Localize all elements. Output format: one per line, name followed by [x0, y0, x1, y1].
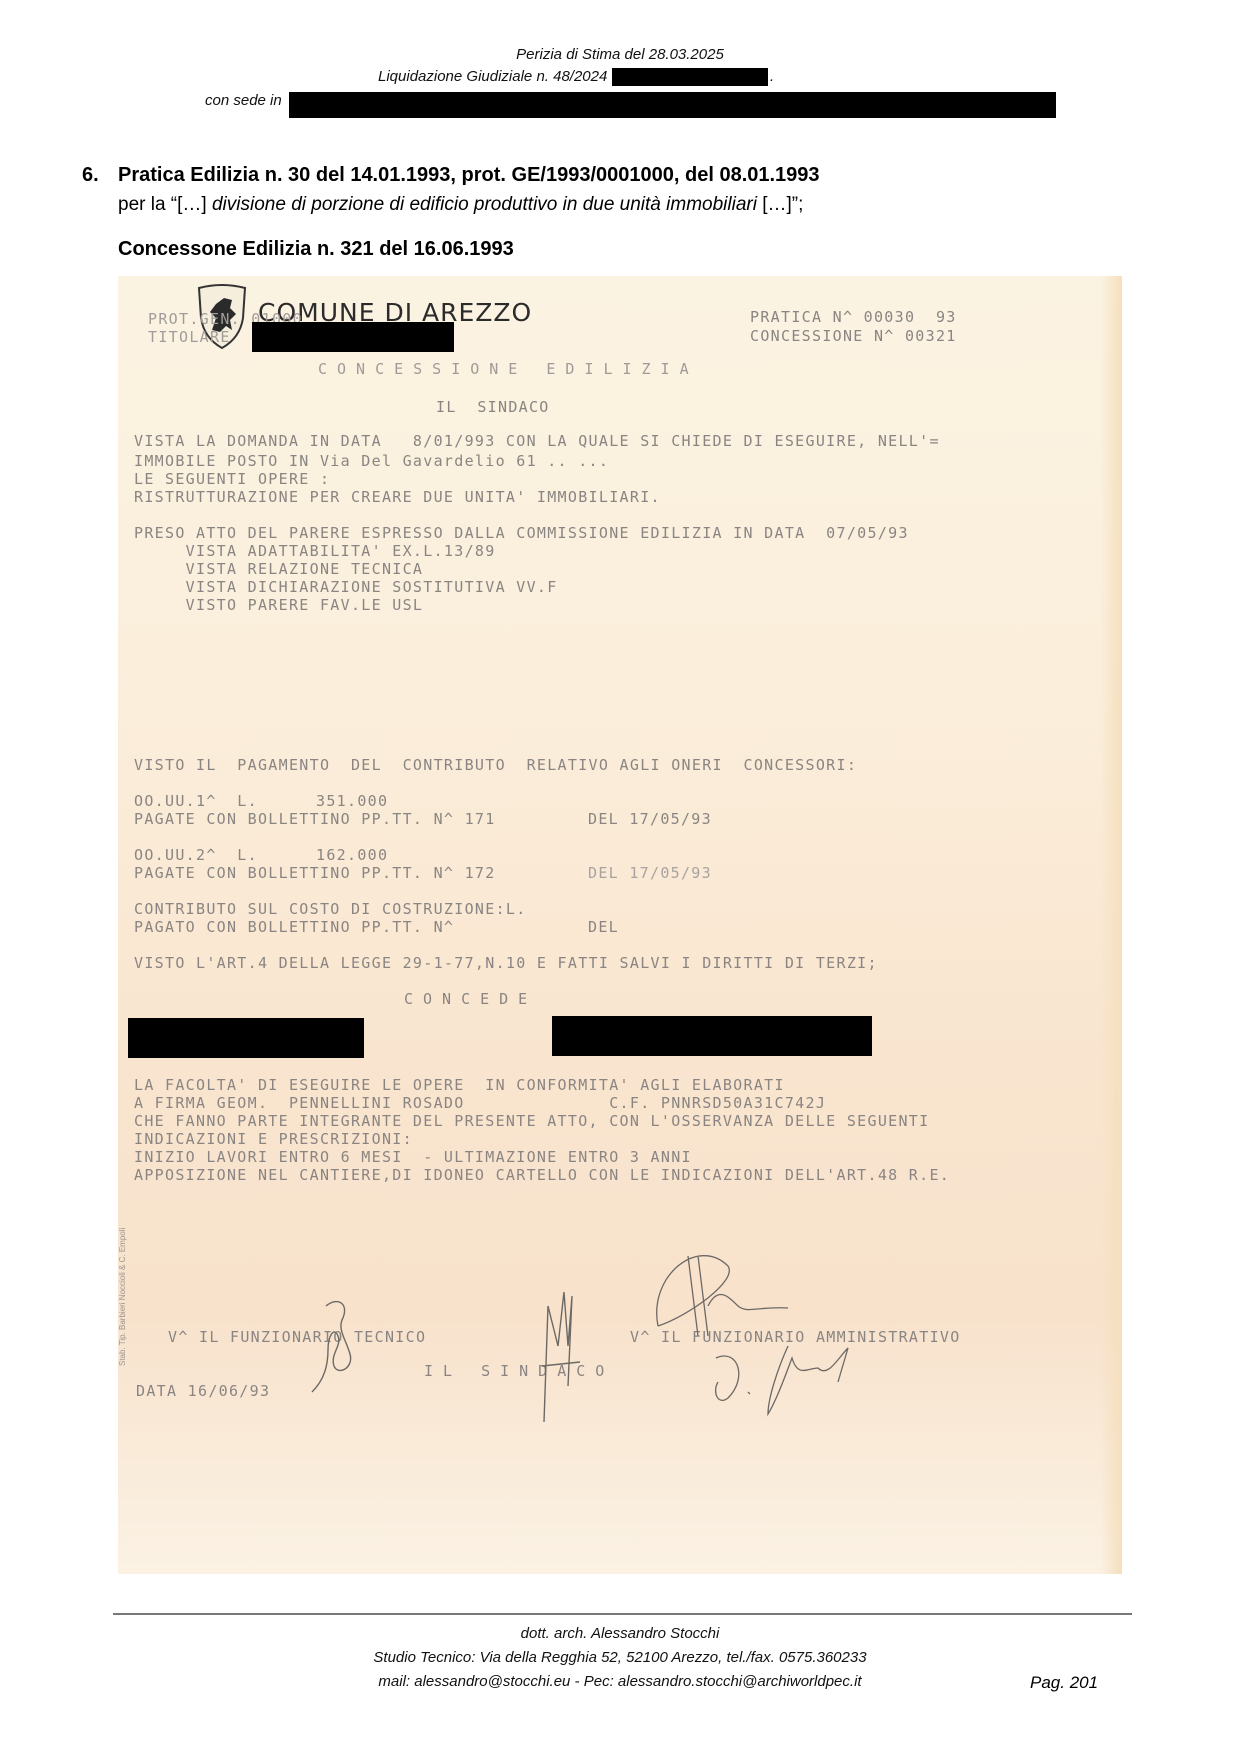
payment-2-amount: 162.000	[316, 846, 388, 864]
footer-author: dott. arch. Alessandro Stocchi	[0, 1625, 1240, 1642]
signature-admin-initials-icon	[708, 1338, 878, 1418]
redaction-company-name	[612, 68, 768, 86]
domanda-line-3: LE SEGUENTI OPERE :	[134, 470, 330, 488]
header-procedure-text: Liquidazione Giudiziale n. 48/2024 R.F. …	[378, 68, 647, 85]
signature-admin-officer-icon	[648, 1236, 798, 1346]
parere-line-5: VISTO PARERE FAV.LE USL	[134, 596, 423, 614]
parere-line-1: PRESO ATTO DEL PARERE ESPRESSO DALLA COM…	[134, 524, 909, 542]
prescrizione-line-4: INDICAZIONI E PRESCRIZIONI:	[134, 1130, 413, 1148]
payment-1-bollettino: PAGATE CON BOLLETTINO PP.TT. N^ 171	[134, 810, 496, 828]
domanda-line-1: VISTA LA DOMANDA IN DATA 8/01/993 CON LA…	[134, 432, 940, 450]
footer-studio-address: Studio Tecnico: Via della Regghia 52, 52…	[0, 1649, 1240, 1666]
scanned-concession-document: COMUNE DI AREZZO PROT.GEN. 01000 TITOLAR…	[118, 276, 1122, 1574]
titolare-label: TITOLARE	[148, 328, 231, 346]
redaction-address	[289, 92, 1056, 118]
prescrizione-line-3: CHE FANNO PARTE INTEGRANTE DEL PRESENTE …	[134, 1112, 929, 1130]
payment-1-amount: 351.000	[316, 792, 388, 810]
header-procedure: Liquidazione Giudiziale n. 48/2024 R.F. …	[378, 68, 647, 85]
redaction-holder-fiscal-code	[552, 1016, 872, 1056]
prescrizione-line-1: LA FACOLTA' DI ESEGUIRE LE OPERE IN CONF…	[134, 1076, 785, 1094]
prescrizione-line-6: APPOSIZIONE NEL CANTIERE,DI IDONEO CARTE…	[134, 1166, 950, 1184]
header-seat-label: con sede in	[205, 92, 282, 109]
section-heading: 6.Pratica Edilizia n. 30 del 14.01.1993,…	[82, 164, 820, 187]
costo-costruzione: CONTRIBUTO SUL COSTO DI COSTRUZIONE:L.	[134, 900, 527, 918]
payment-2-label: OO.UU.2^ L.	[134, 846, 258, 864]
il-sindaco-heading: IL SINDACO	[436, 398, 550, 416]
header-procedure-tail: .	[770, 68, 774, 85]
header-report-title: Perizia di Stima del 28.03.2025	[0, 46, 1240, 63]
document-title: CONCESSIONE EDILIZIA	[318, 360, 699, 378]
section-subtitle: per la “[…] divisione di porzione di edi…	[118, 194, 803, 216]
legge-reference: VISTO L'ART.4 DELLA LEGGE 29-1-77,N.10 E…	[134, 954, 878, 972]
subtitle-suffix: […]”;	[757, 194, 803, 215]
domanda-line-2: IMMOBILE POSTO IN Via Del Gavardelio 61 …	[134, 452, 609, 470]
section-title: Pratica Edilizia n. 30 del 14.01.1993, p…	[118, 164, 820, 186]
parere-line-2: VISTA ADATTABILITA' EX.L.13/89	[134, 542, 496, 560]
redaction-titolare	[252, 322, 454, 352]
domanda-line-4: RISTRUTTURAZIONE PER CREARE DUE UNITA' I…	[134, 488, 661, 506]
subtitle-italic: divisione di porzione di edificio produt…	[212, 194, 757, 215]
document-date: DATA 16/06/93	[136, 1382, 270, 1400]
printer-side-note: Stab. Tip. Barbieri Noccioli & C. Empoli	[118, 1228, 127, 1366]
pagamento-intro: VISTO IL PAGAMENTO DEL CONTRIBUTO RELATI…	[134, 756, 857, 774]
payment-1-label: OO.UU.1^ L.	[134, 792, 258, 810]
concession-heading: Concessone Edilizia n. 321 del 16.06.199…	[118, 238, 514, 261]
parere-line-4: VISTA DICHIARAZIONE SOSTITUTIVA VV.F	[134, 578, 558, 596]
payment-2-bollettino: PAGATE CON BOLLETTINO PP.TT. N^ 172	[134, 864, 496, 882]
payment-1-date: DEL 17/05/93	[588, 810, 712, 828]
costo-del: DEL	[588, 918, 619, 936]
page-number: Pag. 201	[1030, 1673, 1098, 1693]
costo-pagato: PAGATO CON BOLLETTINO PP.TT. N^	[134, 918, 454, 936]
prescrizione-line-5: INIZIO LAVORI ENTRO 6 MESI - ULTIMAZIONE…	[134, 1148, 692, 1166]
footer-divider	[113, 1613, 1132, 1615]
pratica-number: PRATICA N^ 00030 93	[750, 308, 957, 326]
concede-heading: CONCEDE	[404, 990, 537, 1008]
concessione-number: CONCESSIONE N^ 00321	[750, 327, 957, 345]
parere-line-3: VISTA RELAZIONE TECNICA	[134, 560, 423, 578]
payment-2-date: DEL 17/05/93	[588, 864, 712, 882]
prescrizione-line-2: A FIRMA GEOM. PENNELLINI ROSADO C.F. PNN…	[134, 1094, 826, 1112]
redaction-holder-name	[128, 1018, 364, 1058]
signature-mayor-icon	[528, 1286, 588, 1426]
section-number: 6.	[82, 164, 118, 187]
signature-technical-officer-icon	[298, 1296, 388, 1406]
subtitle-prefix: per la “[…]	[118, 194, 212, 215]
